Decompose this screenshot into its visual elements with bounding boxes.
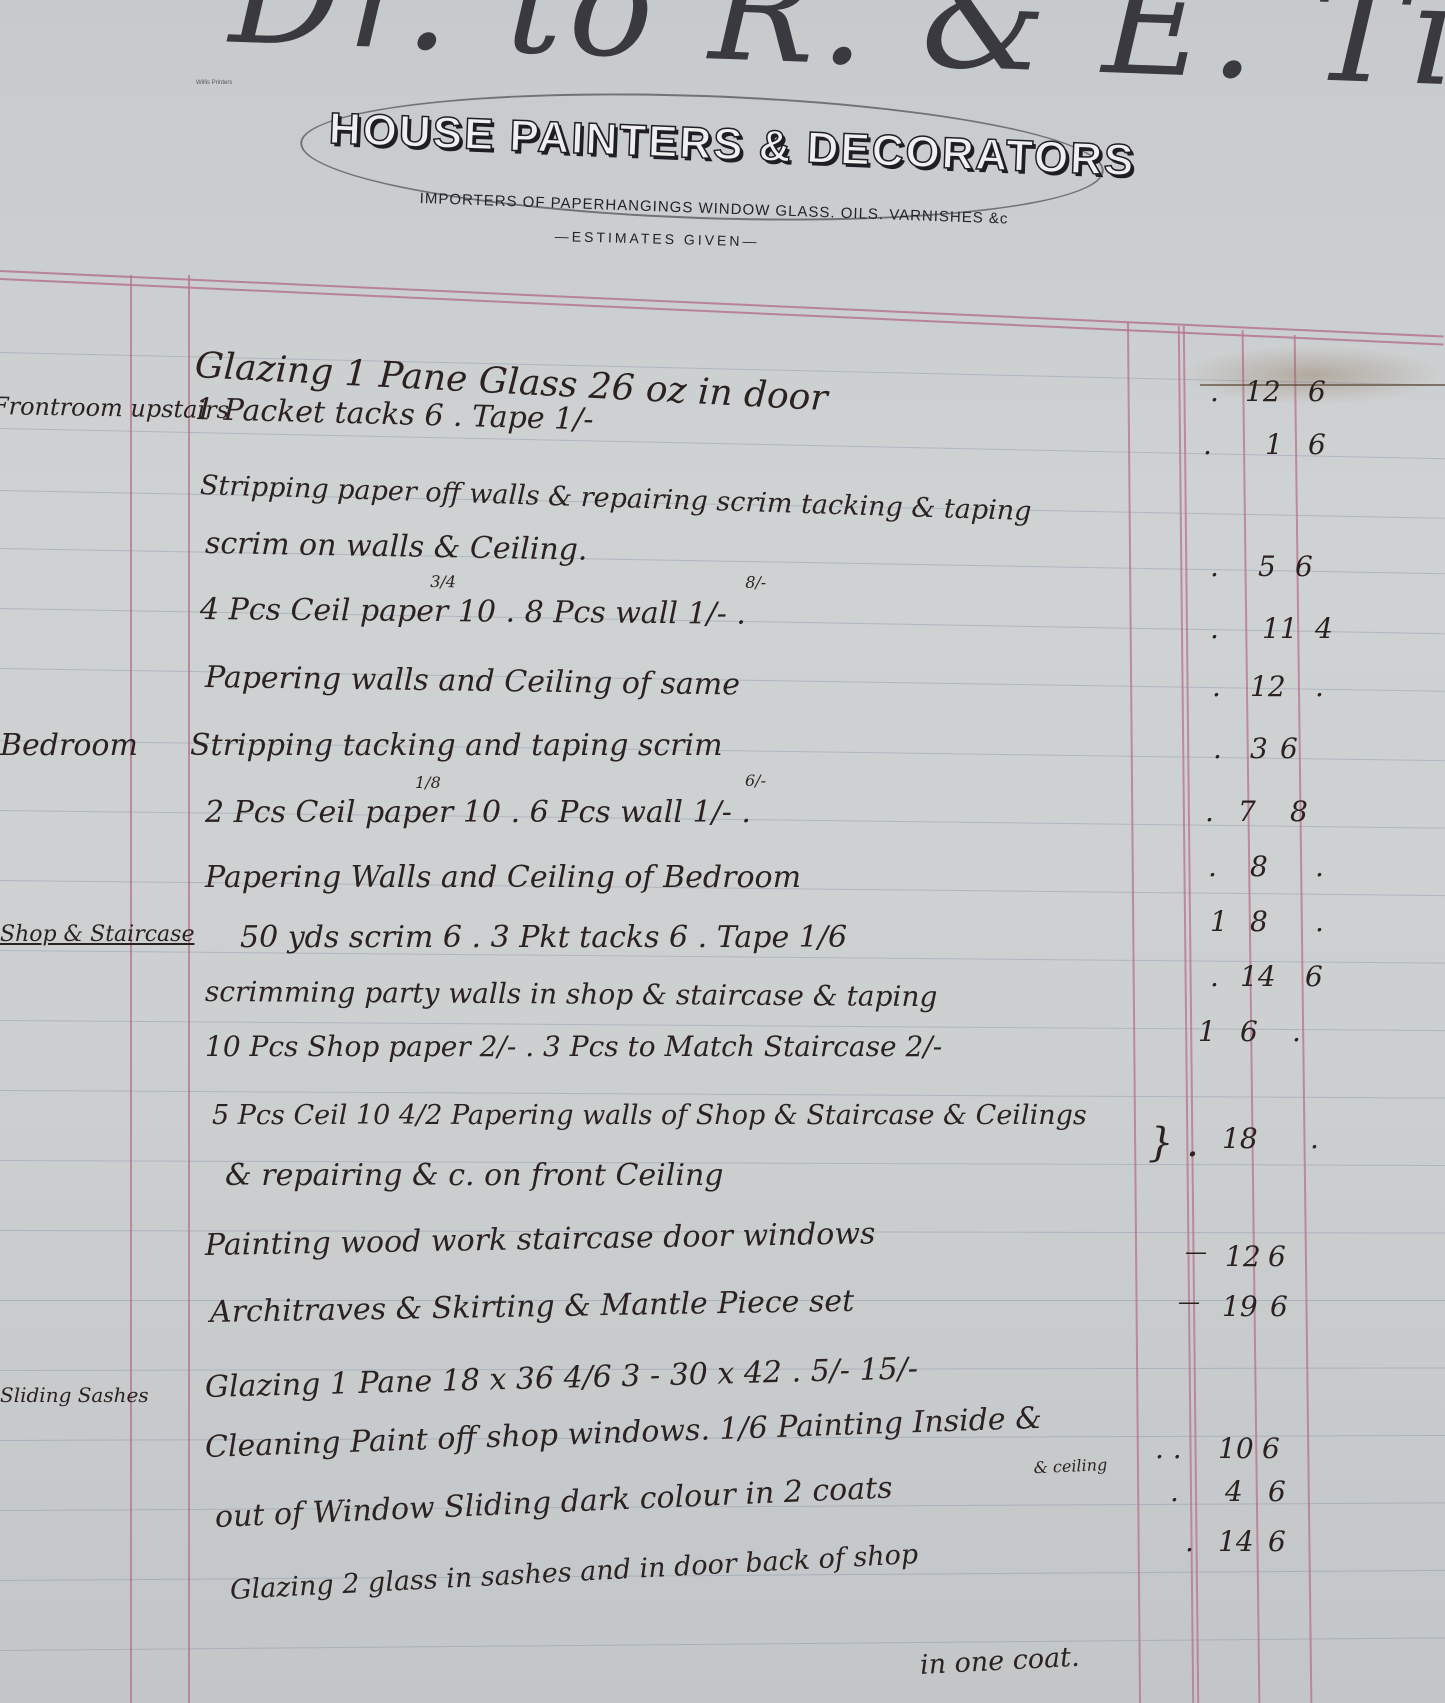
pence-cell: 6 <box>1270 1290 1288 1323</box>
line-item-description: 4 Pcs Ceil paper 10 . 8 Pcs wall 1/- . 3… <box>200 592 746 632</box>
line-item-description: in one coat. <box>919 1642 1080 1681</box>
superscript-note: & ceiling <box>1033 1455 1107 1477</box>
shillings-cell: 18 <box>1222 1122 1258 1155</box>
superscript-price: 8/- <box>745 573 766 592</box>
pounds-cell: . <box>1185 1525 1194 1558</box>
shillings-cell: 10 <box>1218 1432 1254 1465</box>
pence-cell: 8 <box>1290 795 1308 828</box>
pounds-cell: . <box>1213 732 1222 765</box>
pounds-cell: — <box>1178 1290 1200 1315</box>
line-item-description: 50 yds scrim 6 . 3 Pkt tacks 6 . Tape 1/… <box>240 920 847 955</box>
line-item-description: Glazing 1 Pane 18 x 36 4/6 3 - 30 x 42 .… <box>205 1351 919 1405</box>
line-item-description: 2 Pcs Ceil paper 10 . 6 Pcs wall 1/- . 1… <box>205 795 751 830</box>
pounds-cell: 1 <box>1210 905 1228 938</box>
pounds-cell: . . <box>1155 1432 1182 1465</box>
description-column-line <box>188 275 190 1703</box>
line-item-description: Architraves & Skirting & Mantle Piece se… <box>210 1284 855 1330</box>
line-item-description: scrim on walls & Ceiling. <box>205 526 588 568</box>
line-item-description: Stripping tacking and taping scrim <box>190 728 723 763</box>
shillings-cell: 14 <box>1218 1525 1254 1558</box>
pounds-cell: . <box>1170 1475 1179 1508</box>
shillings-cell: 3 <box>1250 732 1268 765</box>
margin-column-line <box>130 275 132 1703</box>
line-item-description: Glazing 2 glass in sashes and in door ba… <box>229 1539 919 1606</box>
pence-cell: 6 <box>1308 428 1326 461</box>
line-item-description: 10 Pcs Shop paper 2/- . 3 Pcs to Match S… <box>205 1030 942 1063</box>
superscript-price: 1/8 <box>415 773 441 792</box>
line-item-description: Papering walls and Ceiling of same <box>205 660 740 702</box>
pounds-cell: . <box>1212 670 1221 703</box>
line-item-description: Cleaning Paint off shop windows. 1/6 Pai… <box>204 1401 1042 1465</box>
pence-cell: 6 <box>1308 375 1326 408</box>
shillings-cell: 7 <box>1238 795 1256 828</box>
superscript-price: 6/- <box>745 771 766 790</box>
line-item-description: Stripping paper off walls & repairing sc… <box>200 470 1032 527</box>
pence-cell: . <box>1292 1015 1301 1048</box>
ruled-line <box>0 428 1445 459</box>
shillings-cell: 19 <box>1222 1290 1258 1323</box>
letterhead-script-title: Dr. to R. & E. Tingey. <box>227 0 1232 110</box>
pounds-cell: . <box>1203 428 1212 461</box>
pence-cell: 6 <box>1268 1475 1286 1508</box>
ruled-line <box>0 1090 1445 1099</box>
line-item-description: Painting wood work staircase door window… <box>205 1216 876 1263</box>
shillings-cell: 12 <box>1245 375 1281 408</box>
pence-cell: 6 <box>1295 550 1313 583</box>
pounds-column-line <box>1127 322 1141 1703</box>
pence-cell: 6 <box>1268 1525 1286 1558</box>
room-label-sliding-sashes: Sliding Sashes <box>0 1383 149 1407</box>
header-rule-top <box>0 270 1444 338</box>
shillings-cell: 6 <box>1240 1015 1258 1048</box>
shillings-cell: 8 <box>1250 850 1268 883</box>
pence-cell: . <box>1315 905 1324 938</box>
pence-cell: 6 <box>1305 960 1323 993</box>
line-item-description: 5 Pcs Ceil 10 4/2 Papering walls of Shop… <box>212 1100 1087 1131</box>
shillings-cell: 4 <box>1225 1475 1243 1508</box>
shillings-cell: 11 <box>1262 612 1298 645</box>
pounds-cell: . <box>1210 375 1219 408</box>
pence-cell: . <box>1310 1122 1319 1155</box>
shillings-cell: 12 <box>1225 1240 1261 1273</box>
printer-imprint: Willis Printers <box>196 80 232 86</box>
shillings-cell: 14 <box>1240 960 1276 993</box>
line-item-text: 4 Pcs Ceil paper 10 . 8 Pcs wall 1/- . <box>200 592 746 632</box>
line-item-description: out of Window Sliding dark colour in 2 c… <box>214 1470 893 1535</box>
shillings-cell: 1 <box>1265 428 1283 461</box>
shillings-cell: 5 <box>1258 550 1276 583</box>
room-label-shop-staircase: Shop & Staircase <box>0 922 194 947</box>
pounds-cell: — <box>1185 1240 1207 1265</box>
shillings-cell: 12 <box>1250 670 1286 703</box>
pounds-cell: . <box>1208 850 1217 883</box>
pounds-cell: . <box>1210 612 1219 645</box>
header-rule-bottom <box>0 278 1444 346</box>
pounds-cell: . <box>1210 960 1219 993</box>
pence-cell: 6 <box>1262 1432 1280 1465</box>
pence-cell: 6 <box>1280 732 1298 765</box>
line-item-text: 2 Pcs Ceil paper 10 . 6 Pcs wall 1/- . <box>205 795 751 830</box>
superscript-price: 3/4 <box>430 572 456 591</box>
line-item-description: Papering Walls and Ceiling of Bedroom <box>205 860 801 895</box>
pounds-cell: . <box>1205 795 1214 828</box>
line-item-description: & repairing & c. on front Ceiling <box>225 1158 724 1193</box>
pence-cell: 6 <box>1268 1240 1286 1273</box>
ruled-line <box>0 1637 1445 1651</box>
pounds-cell: } . <box>1148 1120 1199 1166</box>
room-label-bedroom: Bedroom <box>0 728 138 763</box>
line-item-text: out of Window Sliding dark colour in 2 c… <box>214 1470 893 1535</box>
pence-cell: 4 <box>1315 612 1333 645</box>
pence-cell: . <box>1315 670 1324 703</box>
pence-cell: . <box>1315 850 1324 883</box>
line-item-description: scrimming party walls in shop & staircas… <box>205 975 938 1013</box>
invoice-paper: Dr. to R. & E. Tingey. Willis Printers H… <box>0 0 1445 1703</box>
shillings-cell: 8 <box>1250 905 1268 938</box>
pounds-cell: . <box>1210 550 1219 583</box>
letterhead-estimates: —ESTIMATES GIVEN— <box>555 228 760 249</box>
pounds-cell: 1 <box>1198 1015 1216 1048</box>
